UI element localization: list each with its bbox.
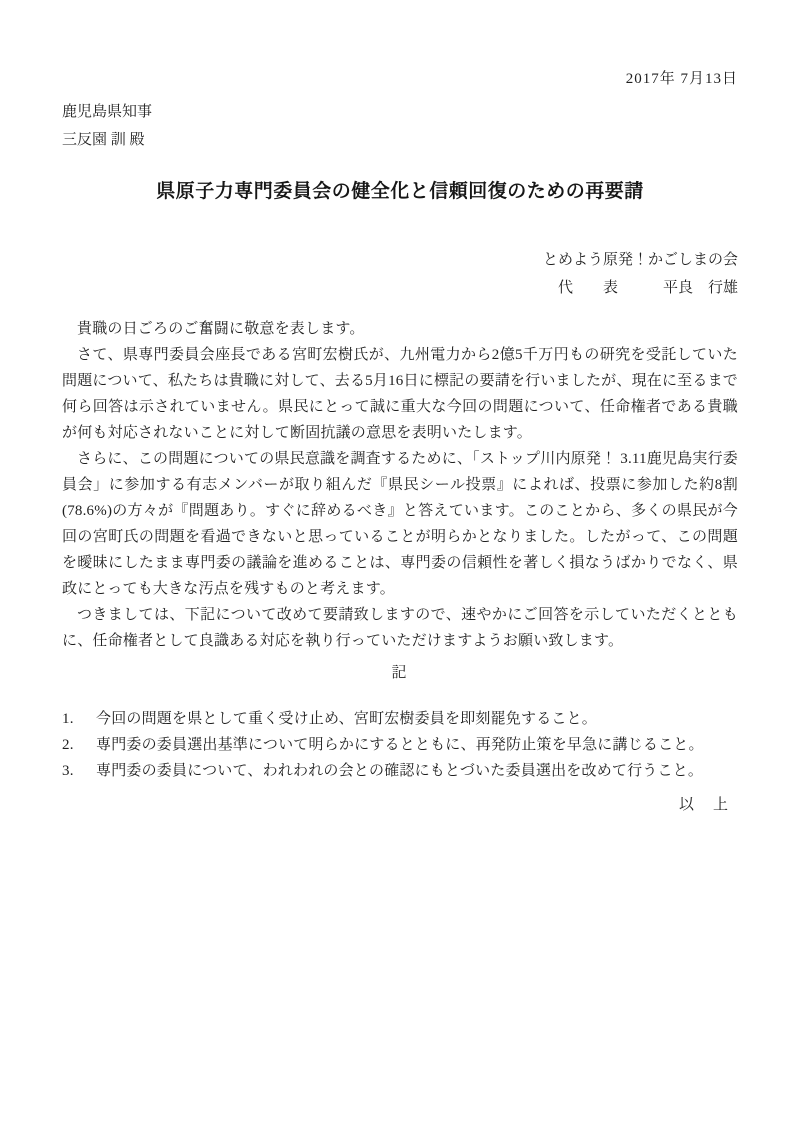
body-text: 貴職の日ごろのご奮闘に敬意を表します。 さて、県専門委員会座長である宮町宏樹氏が… bbox=[62, 316, 738, 654]
demand-item-1: 1. 今回の問題を県として重く受け止め、宮町宏樹委員を即刻罷免すること。 bbox=[62, 706, 738, 732]
document-date: 2017年 7月13日 bbox=[62, 70, 738, 88]
paragraph-greeting: 貴職の日ごろのご奮闘に敬意を表します。 bbox=[62, 316, 738, 342]
record-heading: 記 bbox=[62, 660, 738, 686]
addressee-name: 三反園 訓 殿 bbox=[62, 126, 738, 154]
demand-text: 専門委の委員について、われわれの会との確認にもとづいた委員選出を改めて行うこと。 bbox=[96, 758, 738, 784]
demand-item-3: 3. 専門委の委員について、われわれの会との確認にもとづいた委員選出を改めて行う… bbox=[62, 758, 738, 784]
document-page: 2017年 7月13日 鹿児島県知事 三反園 訓 殿 県原子力専門委員会の健全化… bbox=[0, 0, 800, 1132]
demand-number: 2. bbox=[62, 732, 96, 758]
demand-text: 専門委の委員選出基準について明らかにするとともに、再発防止策を早急に講じること。 bbox=[96, 732, 738, 758]
addressee-block: 鹿児島県知事 三反園 訓 殿 bbox=[62, 98, 738, 154]
demand-number: 3. bbox=[62, 758, 96, 784]
sender-block: とめよう原発！かごしまの会 代 表 平良 行雄 bbox=[62, 246, 738, 302]
sender-organization: とめよう原発！かごしまの会 bbox=[62, 246, 738, 274]
paragraph-survey-results: さらに、この問題についての県民意識を調査するために、「ストップ川内原発！ 3.1… bbox=[62, 446, 738, 602]
demand-number: 1. bbox=[62, 706, 96, 732]
demand-item-2: 2. 専門委の委員選出基準について明らかにするとともに、再発防止策を早急に講じる… bbox=[62, 732, 738, 758]
sender-representative: 代 表 平良 行雄 bbox=[62, 274, 738, 302]
demand-list: 1. 今回の問題を県として重く受け止め、宮町宏樹委員を即刻罷免すること。 2. … bbox=[62, 706, 738, 784]
addressee-office: 鹿児島県知事 bbox=[62, 98, 738, 126]
document-title: 県原子力専門委員会の健全化と信頼回復のための再要請 bbox=[62, 180, 738, 204]
paragraph-request: つきましては、下記について改めて要請致しますので、速やかにご回答を示していただく… bbox=[62, 602, 738, 654]
demand-text: 今回の問題を県として重く受け止め、宮町宏樹委員を即刻罷免すること。 bbox=[96, 706, 738, 732]
paragraph-background: さて、県専門委員会座長である宮町宏樹氏が、九州電力から2億5千万円もの研究を受託… bbox=[62, 342, 738, 446]
closing-mark: 以 上 bbox=[62, 792, 738, 818]
